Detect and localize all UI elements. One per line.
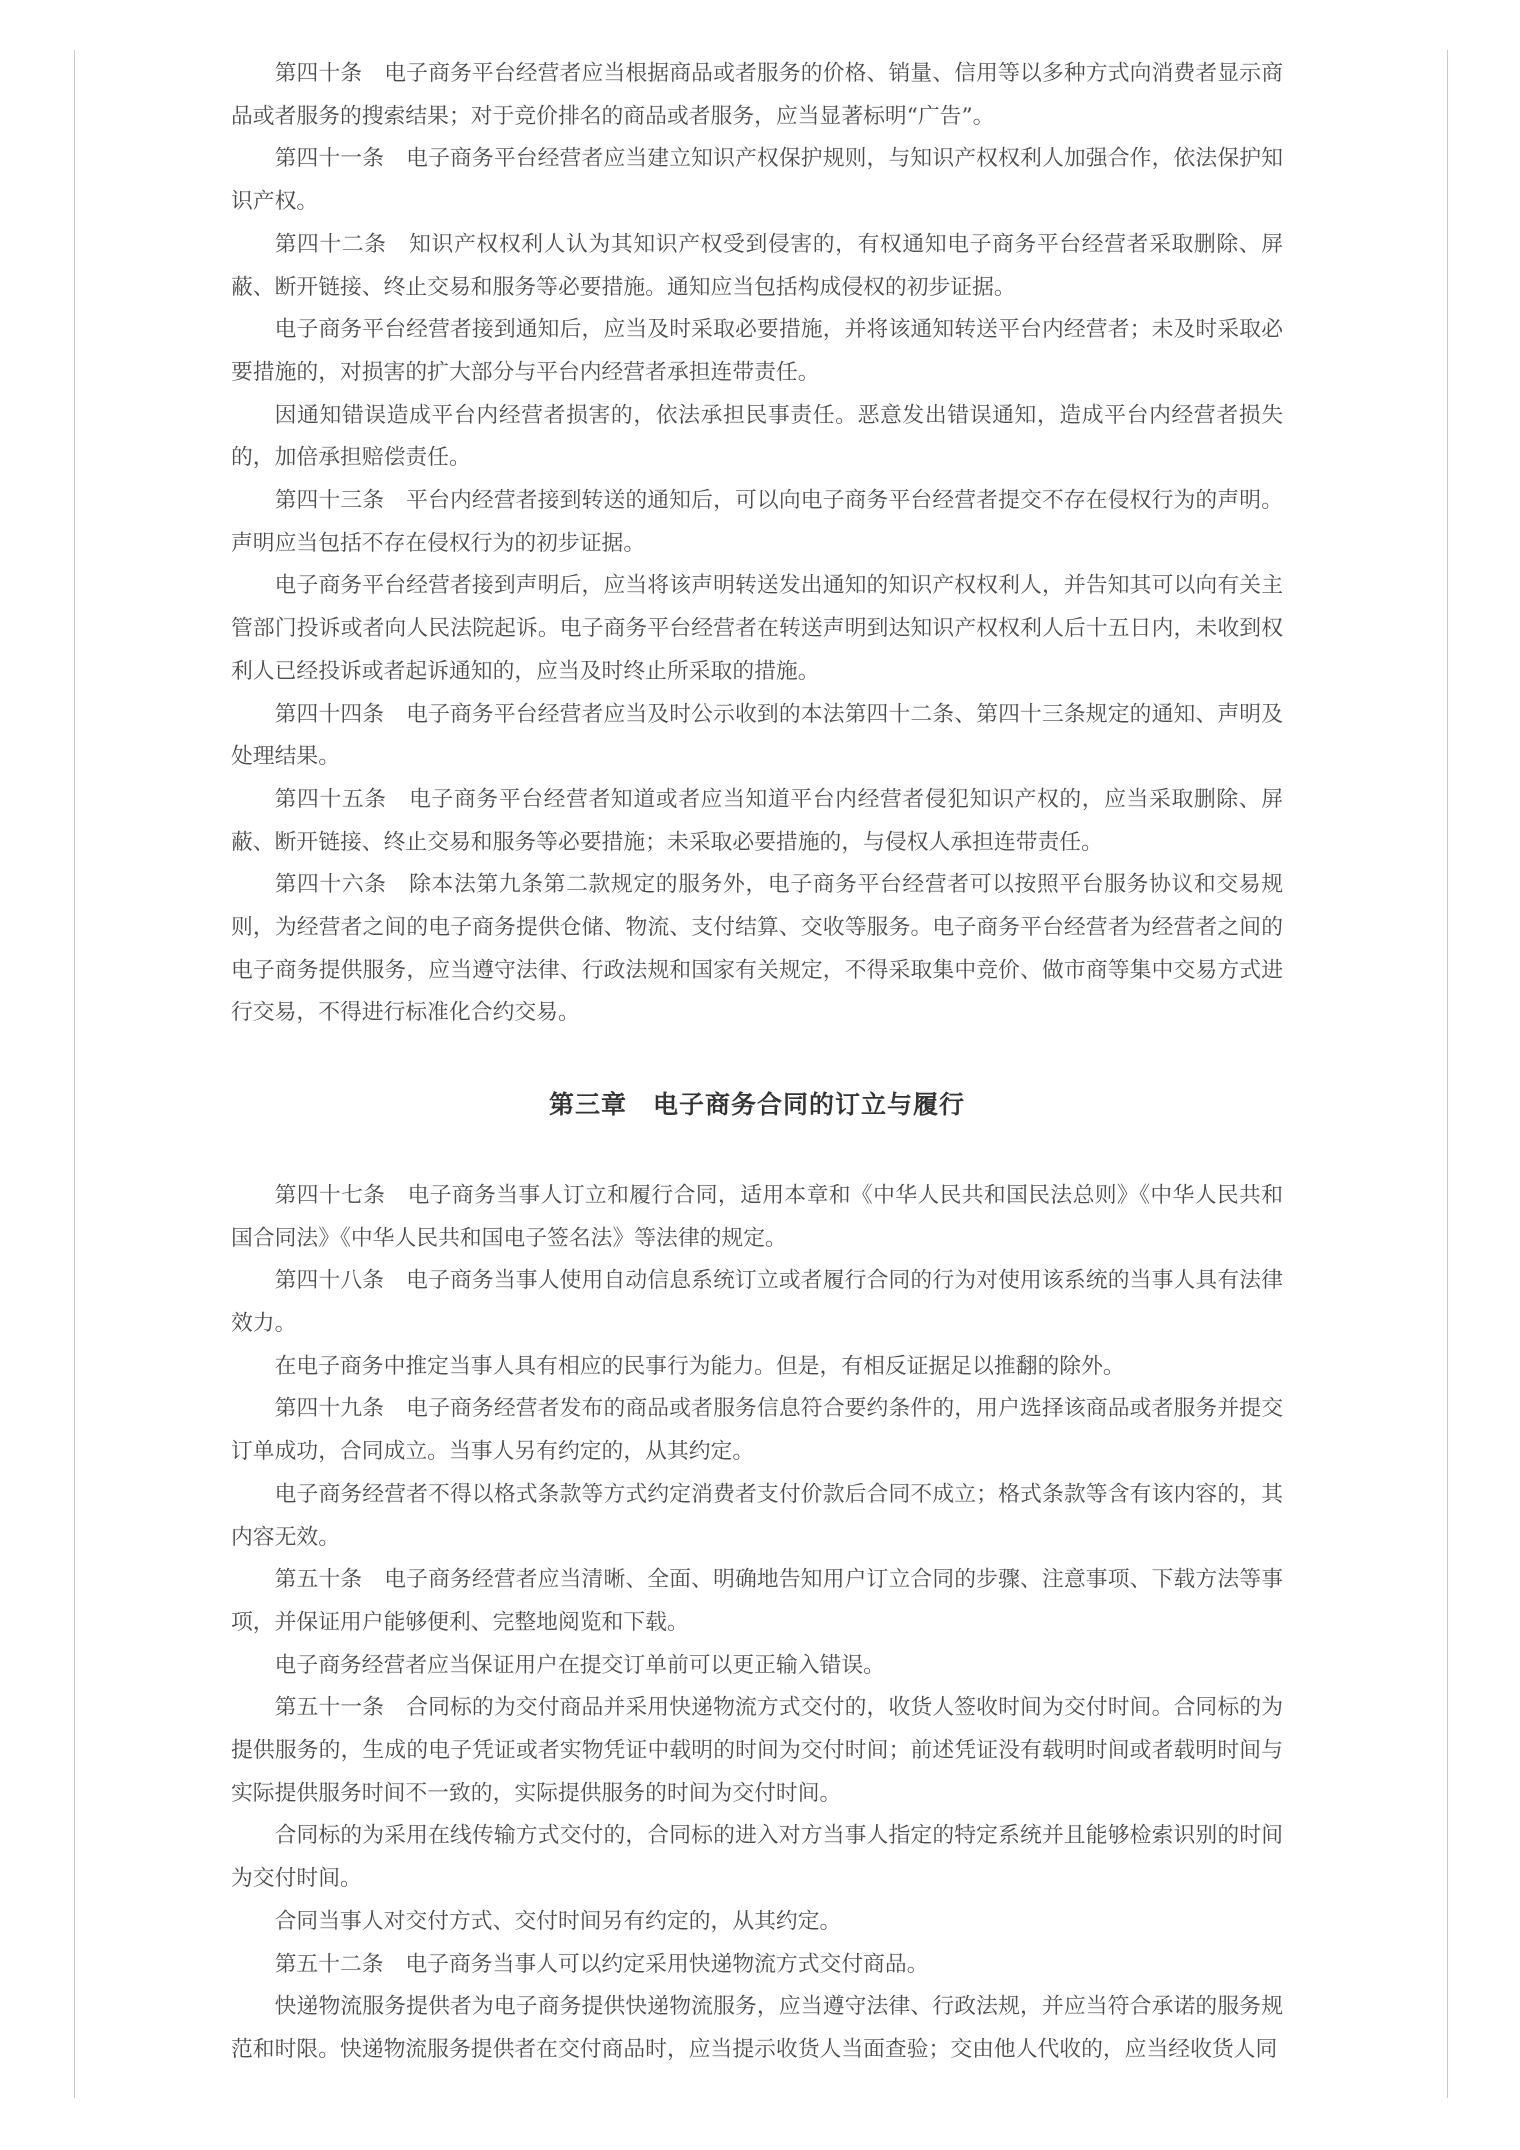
law-paragraph: 第五十一条 合同标的为交付商品并采用快递物流方式交付的，收货人签收时间为交付时间… [231, 1687, 1283, 1815]
law-paragraph: 第四十七条 电子商务当事人订立和履行合同，适用本章和《中华人民共和国民法总则》《… [231, 1175, 1283, 1260]
law-paragraph: 第四十九条 电子商务经营者发布的商品或者服务信息符合要约条件的，用户选择该商品或… [231, 1388, 1283, 1473]
law-paragraph: 第四十六条 除本法第九条第二款规定的服务外，电子商务平台经营者可以按照平台服务协… [231, 864, 1283, 1035]
law-paragraph: 第四十条 电子商务平台经营者应当根据商品或者服务的价格、销量、信用等以多种方式向… [231, 53, 1283, 138]
articles-section-after-chapter: 第四十七条 电子商务当事人订立和履行合同，适用本章和《中华人民共和国民法总则》《… [231, 1175, 1283, 2072]
chapter-heading: 第三章 电子商务合同的订立与履行 [231, 1084, 1283, 1127]
law-paragraph: 第四十二条 知识产权权利人认为其知识产权受到侵害的，有权通知电子商务平台经营者采… [231, 224, 1283, 309]
law-paragraph: 合同当事人对交付方式、交付时间另有约定的，从其约定。 [231, 1901, 1283, 1944]
document-page: 第四十条 电子商务平台经营者应当根据商品或者服务的价格、销量、信用等以多种方式向… [74, 50, 1448, 2098]
document-content: 第四十条 电子商务平台经营者应当根据商品或者服务的价格、销量、信用等以多种方式向… [231, 53, 1283, 2072]
law-paragraph: 第四十四条 电子商务平台经营者应当及时公示收到的本法第四十二条、第四十三条规定的… [231, 694, 1283, 779]
law-paragraph: 第四十三条 平台内经营者接到转送的通知后，可以向电子商务平台经营者提交不存在侵权… [231, 480, 1283, 565]
law-paragraph: 因通知错误造成平台内经营者损害的，依法承担民事责任。恶意发出错误通知，造成平台内… [231, 395, 1283, 480]
law-paragraph: 第四十一条 电子商务平台经营者应当建立知识产权保护规则，与知识产权权利人加强合作… [231, 138, 1283, 223]
law-paragraph: 电子商务经营者不得以格式条款等方式约定消费者支付价款后合同不成立；格式条款等含有… [231, 1474, 1283, 1559]
law-paragraph: 第四十五条 电子商务平台经营者知道或者应当知道平台内经营者侵犯知识产权的，应当采… [231, 779, 1283, 864]
law-paragraph: 第五十二条 电子商务当事人可以约定采用快递物流方式交付商品。 [231, 1944, 1283, 1987]
articles-section-before-chapter: 第四十条 电子商务平台经营者应当根据商品或者服务的价格、销量、信用等以多种方式向… [231, 53, 1283, 1035]
law-paragraph: 电子商务平台经营者接到声明后，应当将该声明转送发出通知的知识产权权利人，并告知其… [231, 565, 1283, 693]
law-paragraph: 合同标的为采用在线传输方式交付的，合同标的进入对方当事人指定的特定系统并且能够检… [231, 1815, 1283, 1900]
law-paragraph: 第四十八条 电子商务当事人使用自动信息系统订立或者履行合同的行为对使用该系统的当… [231, 1260, 1283, 1345]
law-paragraph: 快递物流服务提供者为电子商务提供快递物流服务，应当遵守法律、行政法规，并应当符合… [231, 1986, 1283, 2071]
law-paragraph: 第五十条 电子商务经营者应当清晰、全面、明确地告知用户订立合同的步骤、注意事项、… [231, 1559, 1283, 1644]
law-paragraph: 电子商务平台经营者接到通知后，应当及时采取必要措施，并将该通知转送平台内经营者；… [231, 309, 1283, 394]
law-paragraph: 在电子商务中推定当事人具有相应的民事行为能力。但是，有相反证据足以推翻的除外。 [231, 1346, 1283, 1389]
law-paragraph: 电子商务经营者应当保证用户在提交订单前可以更正输入错误。 [231, 1645, 1283, 1688]
